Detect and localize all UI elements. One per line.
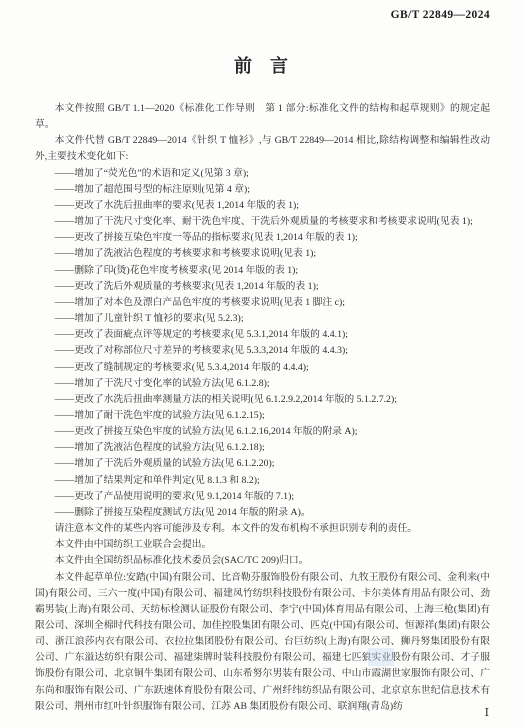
change-item: ——增加了洗液沾色程度的考核要求和考核要求说明(见表 1);: [35, 246, 490, 262]
change-item: ——增加了干洗尺寸变化率的试验方法(见 6.1.2.8);: [35, 376, 490, 392]
paragraph-replaces: 本文件代替 GB/T 22849—2014《针织 T 恤衫》,与 GB/T 22…: [35, 133, 490, 165]
standard-code-header: GB/T 22849—2024: [391, 9, 490, 21]
change-item: ——更改了水洗后扭曲率测量方法的相关说明(见 6.1.2.9.2,2014 年版…: [35, 392, 490, 408]
paragraph-centralized-by: 本文件由全国纺织品标准化技术委员会(SAC/TC 209)归口。: [35, 553, 490, 569]
page-title: 前 言: [0, 52, 522, 78]
change-item: ——删除了印(烫)花色牢度考核要求(见 2014 年版的表 1);: [35, 263, 490, 279]
change-item: ——更改了缝制规定的考核要求(见 5.3.4,2014 年版的 4.4.4);: [35, 360, 490, 376]
change-item: ——更改了拼接互染色牢度一等品的指标要求(见表 1,2014 年版的表 1);: [35, 230, 490, 246]
paragraph-scope: 本文件按照 GB/T 1.1—2020《标准化工作导则 第 1 部分:标准化文件…: [35, 101, 490, 133]
change-item: ——更改了产品使用说明的要求(见 9.1,2014 年版的 7.1);: [35, 489, 490, 505]
change-item: ——增加了干洗后外观质量的试验方法(见 6.1.2.20);: [35, 456, 490, 472]
page-number: Ⅰ: [485, 706, 489, 719]
change-item: ——删除了拼接互染程度测试方法(见 2014 年版的附录 A)。: [35, 505, 490, 521]
change-item: ——增加了对本色及漂白产品色牢度的考核要求说明(见表 1 脚注 c);: [35, 295, 490, 311]
foreword-body: 本文件按照 GB/T 1.1—2020《标准化工作导则 第 1 部分:标准化文件…: [35, 101, 490, 715]
change-item: ——增加了“荧光色”的术语和定义(见第 3 章);: [35, 166, 490, 182]
change-item: ——增加了结果判定和单件判定(见 8.1.3 和 8.2);: [35, 473, 490, 489]
change-item: ——更改了洗后外观质量的考核要求(见表 1,2014 年版的表 1);: [35, 279, 490, 295]
change-item: ——增加了超范围号型的标注原则(见第 4 章);: [35, 182, 490, 198]
change-item: ——增加了干洗尺寸变化率、耐干洗色牢度、干洗后外观质量的考核要求和考核要求说明(…: [35, 214, 490, 230]
change-item: ——更改了水洗后扭曲率的要求(见表 1,2014 年版的表 1);: [35, 198, 490, 214]
change-item: ——增加了儿童针织 T 恤衫的要求(见 5.2.3);: [35, 311, 490, 327]
change-item: ——更改了拼接互染色牢度的试验方法(见 6.1.2.16,2014 年版的附录 …: [35, 424, 490, 440]
paragraph-patent-notice: 请注意本文件的某些内容可能涉及专利。本文件的发布机构不承担识别专利的责任。: [35, 521, 490, 537]
paragraph-proposed-by: 本文件由中国纺织工业联合会提出。: [35, 537, 490, 553]
change-item: ——更改了表面疵点评等规定的考核要求(见 5.3.1,2014 年版的 4.4.…: [35, 327, 490, 343]
paragraph-drafting-organizations: 本文件起草单位:安踏(中国)有限公司、比音勒芬服饰股份有限公司、九牧王股份有限公…: [35, 570, 490, 715]
document-page: GB/T 22849—2024 前 言 本文件按照 GB/T 1.1—2020《…: [0, 0, 522, 728]
change-item: ——增加了耐干洗色牢度的试验方法(见 6.1.2.15);: [35, 408, 490, 424]
changes-list: ——增加了“荧光色”的术语和定义(见第 3 章); ——增加了超范围号型的标注原…: [35, 166, 490, 521]
change-item: ——更改了对称部位尺寸差异的考核要求(见 5.3.3,2014 年版的 4.4.…: [35, 343, 490, 359]
change-item: ——增加了洗液沾色程度的试验方法(见 6.1.2.18);: [35, 440, 490, 456]
